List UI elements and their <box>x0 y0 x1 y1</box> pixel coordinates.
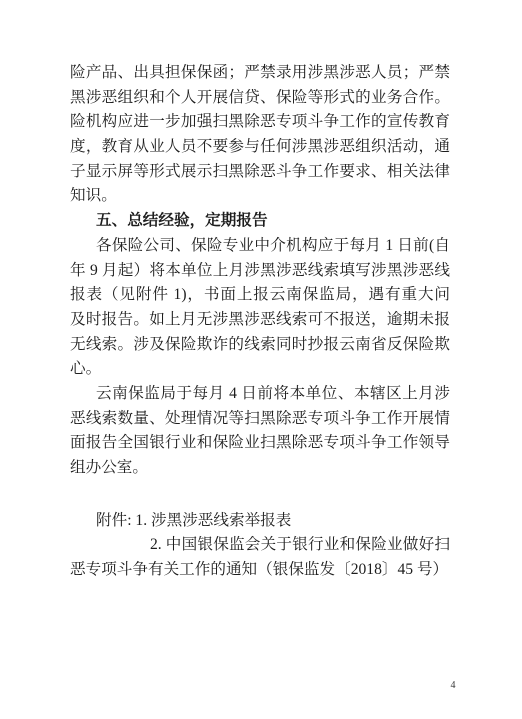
text-line: 险产品、出具担保保函；严禁录用涉黑涉恶人员；严禁与涉 <box>70 61 450 86</box>
section-heading: 五、总结经验，定期报告 <box>70 209 450 234</box>
text-line: 云南保监局于每月 4 日前将本单位、本辖区上月涉黑涉 <box>70 382 450 407</box>
text-line: 险机构应进一步加强扫黑除恶专项斗争工作的宣传教育力 <box>70 110 450 135</box>
text-line: 度，教育从业人员不要参与任何涉黑涉恶组织活动，通过电 <box>70 135 450 160</box>
document-page: 险产品、出具担保保函；严禁录用涉黑涉恶人员；严禁与涉 黑涉恶组织和个人开展信贷、… <box>0 0 522 719</box>
text-line: 子显示屏等形式展示扫黑除恶斗争工作要求、相关法律法规 <box>70 160 450 185</box>
text-line: 黑涉恶组织和个人开展信贷、保险等形式的业务合作。各保 <box>70 86 450 111</box>
page-body: 险产品、出具担保保函；严禁录用涉黑涉恶人员；严禁与涉 黑涉恶组织和个人开展信贷、… <box>70 61 450 583</box>
text-line: 报表（见附件 1)，书面上报云南保监局，遇有重大问题，应 <box>70 283 450 308</box>
page-number: 4 <box>445 680 461 691</box>
text-line: 各保险公司、保险专业中介机构应于每月 1 日前(自 2018 <box>70 234 450 259</box>
text-line: 年 9 月起）将本单位上月涉黑涉恶线索填写涉黑涉恶线索举 <box>70 259 450 284</box>
text-line: 面报告全国银行业和保险业扫黑除恶专项斗争工作领导小 <box>70 431 450 456</box>
text-line: 知识。 <box>70 184 450 209</box>
text-line: 及时报告。如上月无涉黑涉恶线索可不报送，逾期未报视为 <box>70 308 450 333</box>
text-line: 无线索。涉及保险欺诈的线索同时抄报云南省反保险欺诈中 <box>70 333 450 358</box>
attachment-line: 恶专项斗争有关工作的通知（银保监发〔2018〕45 号） <box>70 558 450 583</box>
text-line: 心。 <box>70 357 450 382</box>
attachment-line: 2. 中国银保监会关于银行业和保险业做好扫黑除 <box>70 533 450 558</box>
text-line: 恶线索数量、处理情况等扫黑除恶专项斗争工作开展情况书 <box>70 407 450 432</box>
attachment-line: 附件: 1. 涉黑涉恶线索举报表 <box>70 509 450 534</box>
blank-line <box>70 481 450 509</box>
text-line: 组办公室。 <box>70 456 450 481</box>
